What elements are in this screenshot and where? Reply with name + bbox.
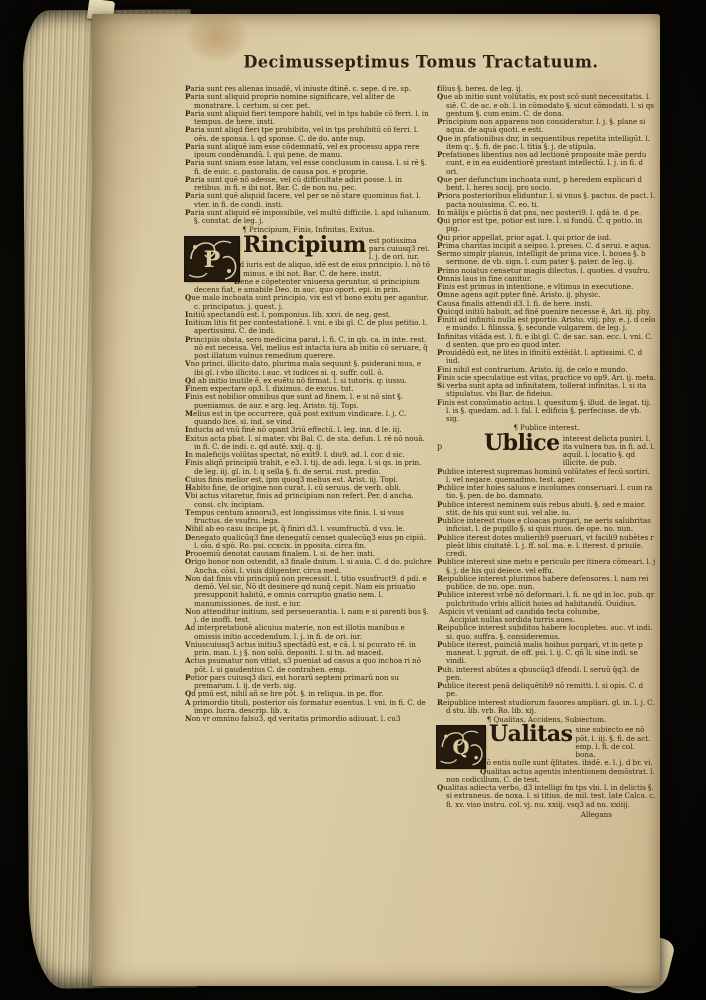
text-entry: Vno princi. illicito dato, plurima mala … xyxy=(185,360,432,377)
text-entry: Finis est consūmatio actus. l. quesitum … xyxy=(437,399,656,424)
text-entry: Non attenditur initium, sed perseueranti… xyxy=(185,608,432,625)
text-entry: Si verba sunt apta ad infinitatem, tolle… xyxy=(437,382,656,399)
text-entry: Principium non apparens non consideratur… xyxy=(437,118,656,135)
text-entry: Publice interest neminem suis rebus abut… xyxy=(437,501,656,518)
text-entry: Publice iterest penā deliquētib9 nō remi… xyxy=(437,682,656,699)
text-entry: Tempus centum annoru3, est longissimus v… xyxy=(185,509,432,526)
text-entry: Origo bonor non ostendit, s3 finale dniu… xyxy=(185,558,432,575)
text-entry: Priora posterioribus eliduntur. l. si vn… xyxy=(437,192,656,209)
text-entry: A primordio tituli, posterior oīs format… xyxy=(185,699,432,716)
text-entry: Paria sunt quē aliquid facere, vel per s… xyxy=(185,192,432,209)
printed-text-block: Decimusseptimus Tomus Tractatuum. Paria … xyxy=(185,52,657,71)
text-entry: Actus psumatur non vitiat, s3 pueniat ad… xyxy=(185,657,432,674)
book-photo: Decimusseptimus Tomus Tractatuum. Paria … xyxy=(0,0,706,1000)
section-word: Ualitas xyxy=(489,725,572,744)
section-lead-text: est potissima pars cuiusq3 rei. l. j. de… xyxy=(369,236,432,262)
text-entry: Sermo simplr planus, intelligit de prima… xyxy=(437,250,656,267)
text-entry: Que in pfationibus dnr, in sequentibus r… xyxy=(437,135,656,152)
text-entry: Paria sunt aliquid eē impossibile, vel m… xyxy=(185,209,432,226)
section-lead-text: interest delicta puniri. l. ita vulnera … xyxy=(563,434,656,468)
section-lead-text: sine subiecto ee nō pōt. l. iij. §. fi. … xyxy=(575,725,656,759)
text-entry: Finis aliqñ principiū trahit, e e3. l. t… xyxy=(185,459,432,476)
text-entry: Pub. interest abūtes a qbuscūq3 dfendi. … xyxy=(437,666,656,683)
text-entry: Non dat finis vbi principiū non precessi… xyxy=(185,575,432,608)
text-entry: Paria sunt aliqd fieri tpe prohibito, ve… xyxy=(185,126,432,143)
section-lead: Ualitassine subiecto ee nō pōt. l. iij. … xyxy=(489,725,656,759)
text-entry: Que per defunctum inchoata sunt, p hered… xyxy=(437,176,656,193)
catchword: Allegans xyxy=(437,811,656,819)
text-entry: Publice interest supremas hominū volūtat… xyxy=(437,468,656,485)
text-entry: Qui prior est tpe, potior est iure. l. s… xyxy=(437,217,656,234)
text-entry: Non vr omnino falsu3, qd veritatis primo… xyxy=(185,715,432,723)
text-entry: Qualitas adiecta verbo, d3 intelligi fm … xyxy=(437,784,656,809)
blank-initial-space: p xyxy=(437,434,481,464)
text-entry: Reipublice interest plurimos habere defe… xyxy=(437,575,656,592)
right-text-column: filius §. heres. de leg. ij.Que ab initi… xyxy=(437,85,656,819)
text-entry: Paria sunt aliquē iam esse cōdemnatū, ve… xyxy=(185,143,432,160)
left-text-column: Paria sunt res alienas inuadē, vl iniust… xyxy=(185,85,432,723)
text-entry: Publice inter hoies saluos e incolumes c… xyxy=(437,484,656,501)
section-lead: Ubliceinterest delicta puniri. l. ita vu… xyxy=(484,434,656,468)
section-word: Ublice xyxy=(484,433,560,452)
text-entry: Reipublice interest subditos habere locu… xyxy=(437,624,656,641)
text-entry: Vbi actus vitaretur, finis ad principium… xyxy=(185,492,432,509)
text-entry: Reipublice interest studiorum fauores am… xyxy=(437,699,656,716)
running-title: Decimusseptimus Tomus Tractatuum. xyxy=(185,52,657,72)
text-entry: Paria sunt aliquid fieri tempore habili,… xyxy=(185,110,432,127)
svg-text:Q: Q xyxy=(452,736,469,759)
text-entry: Initium litis fit per contestationē. l. … xyxy=(185,319,432,336)
text-entry: Que ab initio sunt volūtatis, ex post sc… xyxy=(437,93,656,118)
text-entry: Prouidēdū est, ne lites in ifinitū extēd… xyxy=(437,349,656,366)
text-entry: Finis est nobilior omnibus que sunt ad f… xyxy=(185,393,432,410)
text-entry: Vniuscuiusq3 actus initiu3 spectādū est,… xyxy=(185,641,432,658)
text-entry: Ad interpretationē alicuius materie, non… xyxy=(185,624,432,641)
text-entry: Paria sunt sniam esse latam, vel esse co… xyxy=(185,159,432,176)
text-entry: Publice iterest dotes mulierib9 pseruari… xyxy=(437,534,656,559)
text-entry: Publice interest sine metu e periculo pe… xyxy=(437,558,656,575)
text-entry: Infinitas vitāda est. l. fi. e ibi gl. C… xyxy=(437,333,656,350)
woodcut-initial-q: Q xyxy=(437,726,485,768)
section-word: Rincipium xyxy=(243,235,366,254)
text-entry: Exitus acta pbat. l. si mater. vbi Bal. … xyxy=(185,435,432,452)
text-entry: Principiis obsta, sero medicina parat. l… xyxy=(185,336,432,361)
text-entry: Denegato qualicūq3 fine denegatū censet … xyxy=(185,534,432,551)
text-entry: Melius est in tpe occurrere, quā post ex… xyxy=(185,410,432,427)
text-entry: Qualitas actus agentis intentionem demōs… xyxy=(437,768,656,785)
text-entry: Publice interest vrbē nō deformari. l. f… xyxy=(437,591,656,608)
text-entry: Prefationes libentius nos ad lectionē pr… xyxy=(437,151,656,176)
text-entry: Potior pars cuiusq3 dici, est horarū sep… xyxy=(185,674,432,691)
text-entry: Paria sunt aliquid proprio nomine signif… xyxy=(185,93,432,110)
text-entry: Finiti ad infinitū nulla est pportio. Ar… xyxy=(437,316,656,333)
text-entry: Que malo inchoata sunt principio, vix es… xyxy=(185,294,432,311)
text-entry: Publice interest riuos e cloacas purgari… xyxy=(437,517,656,534)
svg-text:P: P xyxy=(204,247,221,273)
guide-letter: p xyxy=(437,443,442,451)
woodcut-initial-p: P xyxy=(185,237,239,281)
text-entry: Paria sunt quē nō adesse, vel cū difficu… xyxy=(185,176,432,193)
section-lead: Rincipiumest potissima pars cuiusq3 rei.… xyxy=(243,236,432,262)
text-entry: Publice iterest, puinciā malis hoibus pu… xyxy=(437,641,656,666)
